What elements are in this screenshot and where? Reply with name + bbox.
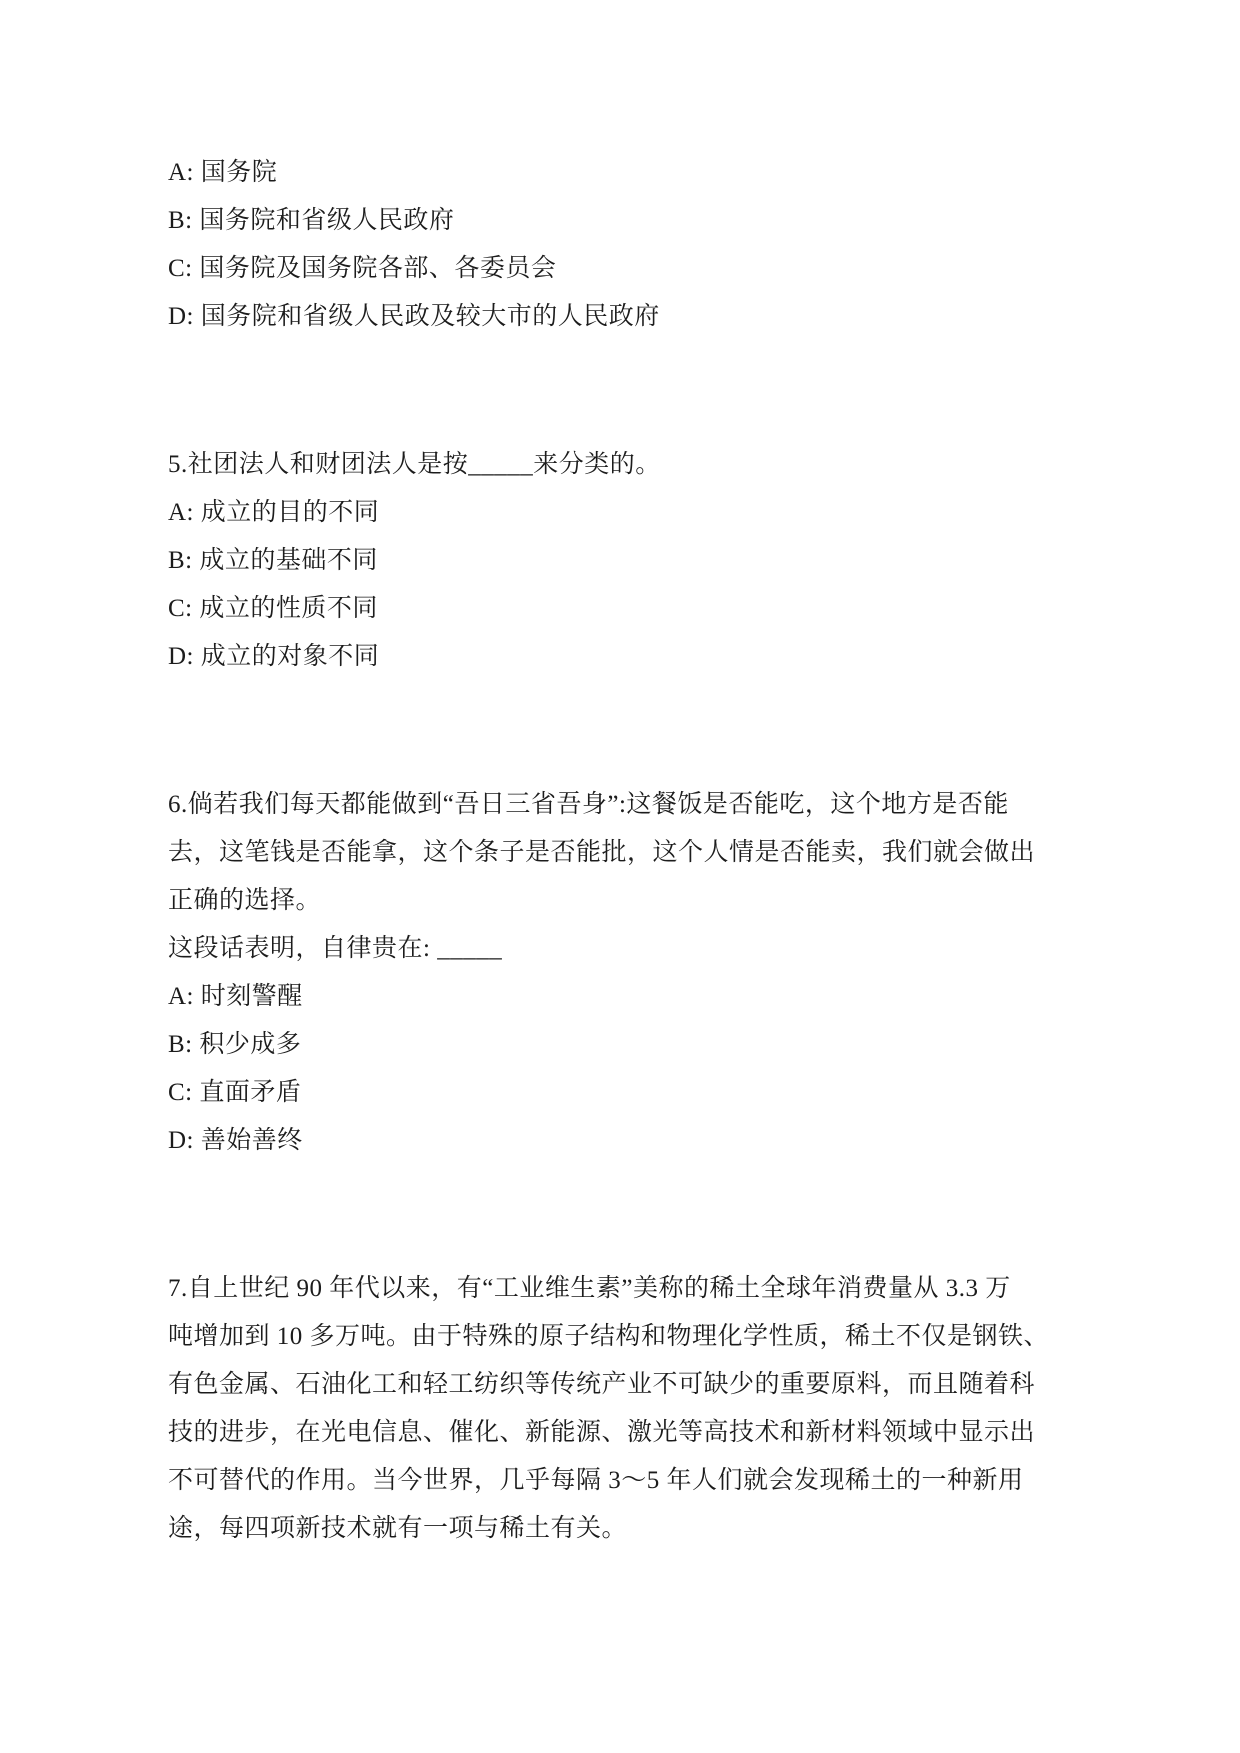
question-5-option-d: D: 成立的对象不同 <box>168 633 1072 681</box>
question-7-block: 7.自上世纪 90 年代以来，有“工业维生素”美称的稀土全球年消费量从 3.3 … <box>168 1265 1072 1553</box>
question-5-block: 5.社团法人和财团法人是按_____来分类的。 A: 成立的目的不同 B: 成立… <box>168 441 1072 681</box>
question-7-stem-line-4: 技的进步，在光电信息、催化、新能源、激光等高技术和新材料领域中显示出 <box>168 1409 1072 1457</box>
question-7-stem-line-5: 不可替代的作用。当今世界，几乎每隔 3～5 年人们就会发现稀土的一种新用 <box>168 1457 1072 1505</box>
document-page: A: 国务院 B: 国务院和省级人民政府 C: 国务院及国务院各部、各委员会 D… <box>0 0 1240 1753</box>
question-6-stem-line-3: 正确的选择。 <box>168 877 1072 925</box>
question-6-prompt: 这段话表明，自律贵在: _____ <box>168 925 1072 973</box>
question-4-option-d: D: 国务院和省级人民政及较大市的人民政府 <box>168 293 1072 341</box>
question-7-stem-line-2: 吨增加到 10 多万吨。由于特殊的原子结构和物理化学性质，稀土不仅是钢铁、 <box>168 1313 1072 1361</box>
question-6-option-c: C: 直面矛盾 <box>168 1069 1072 1117</box>
question-5-stem: 5.社团法人和财团法人是按_____来分类的。 <box>168 441 1072 489</box>
question-7-stem-line-6: 途，每四项新技术就有一项与稀土有关。 <box>168 1505 1072 1553</box>
question-7-stem-line-3: 有色金属、石油化工和轻工纺织等传统产业不可缺少的重要原料，而且随着科 <box>168 1361 1072 1409</box>
question-5-option-b: B: 成立的基础不同 <box>168 537 1072 585</box>
question-6-block: 6.倘若我们每天都能做到“吾日三省吾身”:这餐饭是否能吃，这个地方是否能 去，这… <box>168 781 1072 1165</box>
question-4-option-c: C: 国务院及国务院各部、各委员会 <box>168 245 1072 293</box>
question-5-option-c: C: 成立的性质不同 <box>168 585 1072 633</box>
question-7-stem-line-1: 7.自上世纪 90 年代以来，有“工业维生素”美称的稀土全球年消费量从 3.3 … <box>168 1265 1072 1313</box>
question-6-option-d: D: 善始善终 <box>168 1117 1072 1165</box>
question-4-option-b: B: 国务院和省级人民政府 <box>168 197 1072 245</box>
question-6-option-a: A: 时刻警醒 <box>168 973 1072 1021</box>
question-5-option-a: A: 成立的目的不同 <box>168 489 1072 537</box>
question-6-option-b: B: 积少成多 <box>168 1021 1072 1069</box>
question-4-option-a: A: 国务院 <box>168 149 1072 197</box>
question-6-stem-line-1: 6.倘若我们每天都能做到“吾日三省吾身”:这餐饭是否能吃，这个地方是否能 <box>168 781 1072 829</box>
question-4-options-block: A: 国务院 B: 国务院和省级人民政府 C: 国务院及国务院各部、各委员会 D… <box>168 149 1072 341</box>
question-6-stem-line-2: 去，这笔钱是否能拿，这个条子是否能批，这个人情是否能卖，我们就会做出 <box>168 829 1072 877</box>
